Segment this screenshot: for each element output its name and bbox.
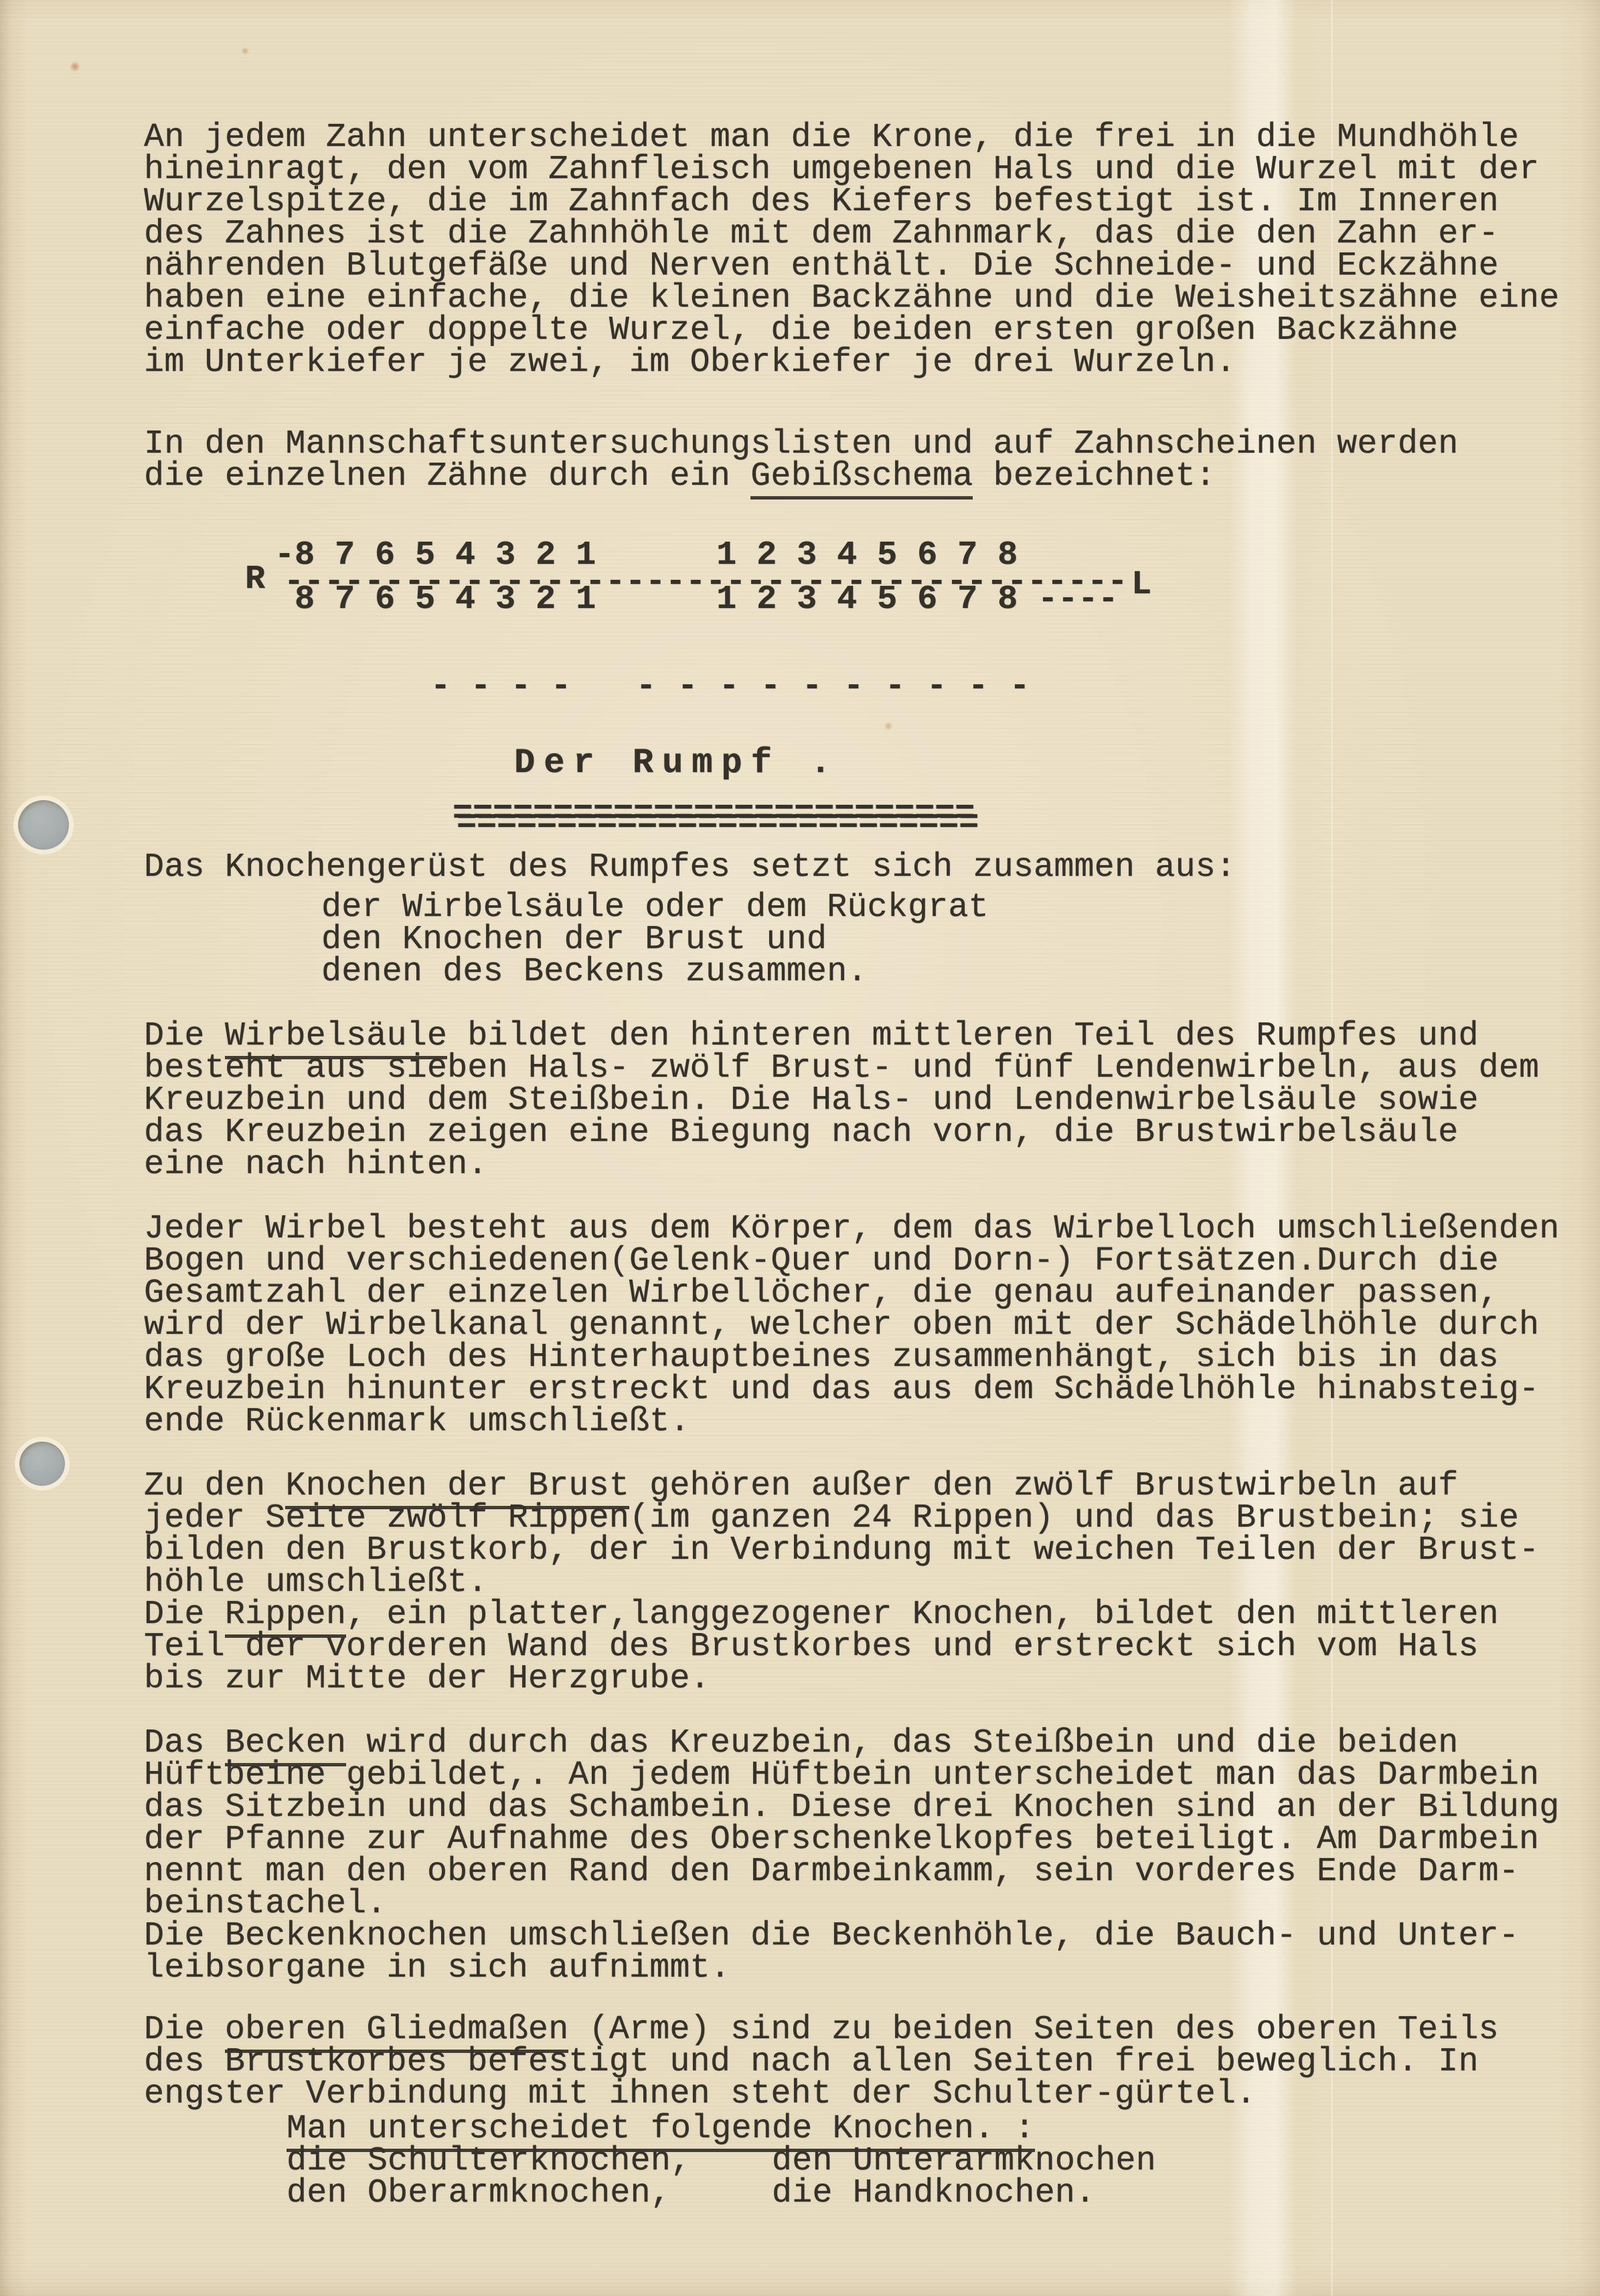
text-line: In den Mannschaftsuntersuchungslisten un…	[144, 429, 1590, 461]
paragraph-wirbelsaeule: Die Wirbelsäule bildet den hinteren mitt…	[144, 1020, 1590, 1181]
text-line: Teil der vorderen Wand des Brustkorbes u…	[144, 1631, 1590, 1663]
text-line: die Schulterknochen, den Unterarmknochen	[287, 2145, 1600, 2177]
text-line: der Pfanne zur Aufnahme des Oberschenkel…	[144, 1824, 1590, 1856]
text-line: nährenden Blutgefäße und Nerven enthält.…	[144, 250, 1590, 283]
rust-spot	[70, 62, 80, 72]
text-line: des Brustkorbes befestigt und nach allen…	[144, 2046, 1590, 2078]
text-line: bis zur Mitte der Herzgrube.	[144, 1663, 1590, 1695]
text-line: den Oberarmknochen, die Handknochen.	[287, 2177, 1600, 2210]
text-line: eine nach hinten.	[144, 1149, 1590, 1181]
text-line: Zu den Knochen der Brust gehören außer d…	[144, 1470, 1590, 1503]
paragraph-schema-intro: In den Mannschaftsuntersuchungslisten un…	[144, 429, 1590, 493]
rust-spot	[241, 47, 249, 55]
text-line: das Sitzbein und das Schambein. Diese dr…	[144, 1792, 1590, 1824]
section-title-der-rumpf: Der Rumpf .	[514, 745, 839, 782]
text-line: hineinragt, den vom Zahnfleisch umgebene…	[144, 154, 1590, 186]
text-line: engster Verbindung mit ihnen steht der S…	[144, 2078, 1590, 2111]
text-line: jeder Seite zwölf Rippen(im ganzen 24 Ri…	[144, 1503, 1590, 1535]
paragraph-becken: Das Becken wird durch das Kreuzbein, das…	[144, 1728, 1590, 1920]
text-line: Kreuzbein und dem Steißbein. Die Hals- u…	[144, 1085, 1590, 1117]
text-line: Gesamtzahl der einzelen Wirbellöcher, di…	[144, 1278, 1590, 1310]
paragraph-rippen: Die Rippen, ein platter,langgezogener Kn…	[144, 1599, 1590, 1695]
list-rumpf-components: der Wirbelsäule oder dem Rückgratden Kno…	[321, 892, 1600, 988]
paragraph-beckenknochen: Die Beckenknochen umschließen die Becken…	[144, 1920, 1590, 1985]
text-line: leibsorgane in sich aufnimmt.	[144, 1953, 1590, 1985]
text-line: höhle umschließt.	[144, 1567, 1590, 1599]
text-line: Hüftbeine gebildet,. An jedem Hüftbein u…	[144, 1760, 1590, 1792]
text-line: ende Rückenmark umschließt.	[144, 1406, 1590, 1438]
tooth-schema-lower-row: 8 7 6 5 4 3 2 1 1 2 3 4 5 6 7 8 ----	[295, 584, 1118, 616]
paragraph-gliedmassen: Die oberen Gliedmaßen (Arme) sind zu bei…	[144, 2014, 1590, 2111]
text-line: beinstachel.	[144, 1888, 1590, 1920]
text-line: An jedem Zahn unterscheidet man die Kron…	[144, 122, 1590, 154]
text-line: den Knochen der Brust und	[321, 924, 1600, 956]
text-line: des Zahnes ist die Zahnhöhle mit dem Zah…	[144, 218, 1590, 250]
tooth-schema-label-left: L	[1131, 569, 1151, 601]
text-line: Die Rippen, ein platter,langgezogener Kn…	[144, 1599, 1590, 1631]
text-line: das Kreuzbein zeigen eine Biegung nach v…	[144, 1117, 1590, 1149]
text-line: Die Wirbelsäule bildet den hinteren mitt…	[144, 1020, 1590, 1053]
paragraph-brustknochen: Zu den Knochen der Brust gehören außer d…	[144, 1470, 1590, 1599]
text-line: nennt man den oberen Rand den Darmbeinka…	[144, 1856, 1590, 1888]
hole-punch-bottom	[19, 1442, 65, 1486]
tooth-schema-label-right: R	[245, 564, 265, 596]
text-line: Kreuzbein hinunter erstreckt und das aus…	[144, 1374, 1590, 1406]
text-line: die einzelnen Zähne durch ein Gebißschem…	[144, 461, 1590, 493]
hole-punch-top	[18, 800, 69, 850]
dash-divider-right: - - - - - - - - - -	[636, 671, 1030, 703]
scanned-typewritten-page: An jedem Zahn unterscheidet man die Kron…	[0, 0, 1600, 2296]
text-line: Das Knochengerüst des Rumpfes setzt sich…	[144, 852, 1590, 884]
rust-spot	[884, 722, 893, 731]
text-line: bilden den Brustkorb, der in Verbindung …	[144, 1535, 1590, 1567]
dash-divider-left: - - - -	[430, 671, 571, 703]
text-line: besteht aus sieben Hals- zwölf Brust- un…	[144, 1053, 1590, 1085]
text-line: das große Loch des Hinterhauptbeines zus…	[144, 1342, 1590, 1374]
text-line: Man unterscheidet folgende Knochen. :	[287, 2113, 1600, 2145]
underlined-text: Gebißschema	[750, 457, 973, 500]
paragraph-teeth-anatomy: An jedem Zahn unterscheidet man die Kron…	[144, 122, 1590, 379]
text-line: Die oberen Gliedmaßen (Arme) sind zu bei…	[144, 2014, 1590, 2046]
text-line: haben eine einfache, die kleinen Backzäh…	[144, 283, 1590, 315]
paragraph-rumpf-intro: Das Knochengerüst des Rumpfes setzt sich…	[144, 852, 1590, 884]
title-underline-row: ==========================	[457, 808, 979, 840]
text-line: Das Becken wird durch das Kreuzbein, das…	[144, 1728, 1590, 1760]
paragraph-wirbel: Jeder Wirbel besteht aus dem Körper, dem…	[144, 1213, 1590, 1438]
text-line: im Unterkiefer je zwei, im Oberkiefer je…	[144, 347, 1590, 379]
text-line: Jeder Wirbel besteht aus dem Körper, dem…	[144, 1213, 1590, 1245]
text-line: einfache oder doppelte Wurzel, die beide…	[144, 315, 1590, 347]
list-arm-knochen: Man unterscheidet folgende Knochen. :die…	[287, 2113, 1600, 2210]
text-line: denen des Beckens zusammen.	[321, 956, 1600, 988]
text-line: Wurzelspitze, die im Zahnfach des Kiefer…	[144, 186, 1590, 218]
text-line: Bogen und verschiedenen(Gelenk-Quer und …	[144, 1245, 1590, 1278]
text-line: wird der Wirbelkanal genannt, welcher ob…	[144, 1310, 1590, 1342]
text-line: der Wirbelsäule oder dem Rückgrat	[321, 892, 1600, 924]
text-line: Die Beckenknochen umschließen die Becken…	[144, 1920, 1590, 1953]
